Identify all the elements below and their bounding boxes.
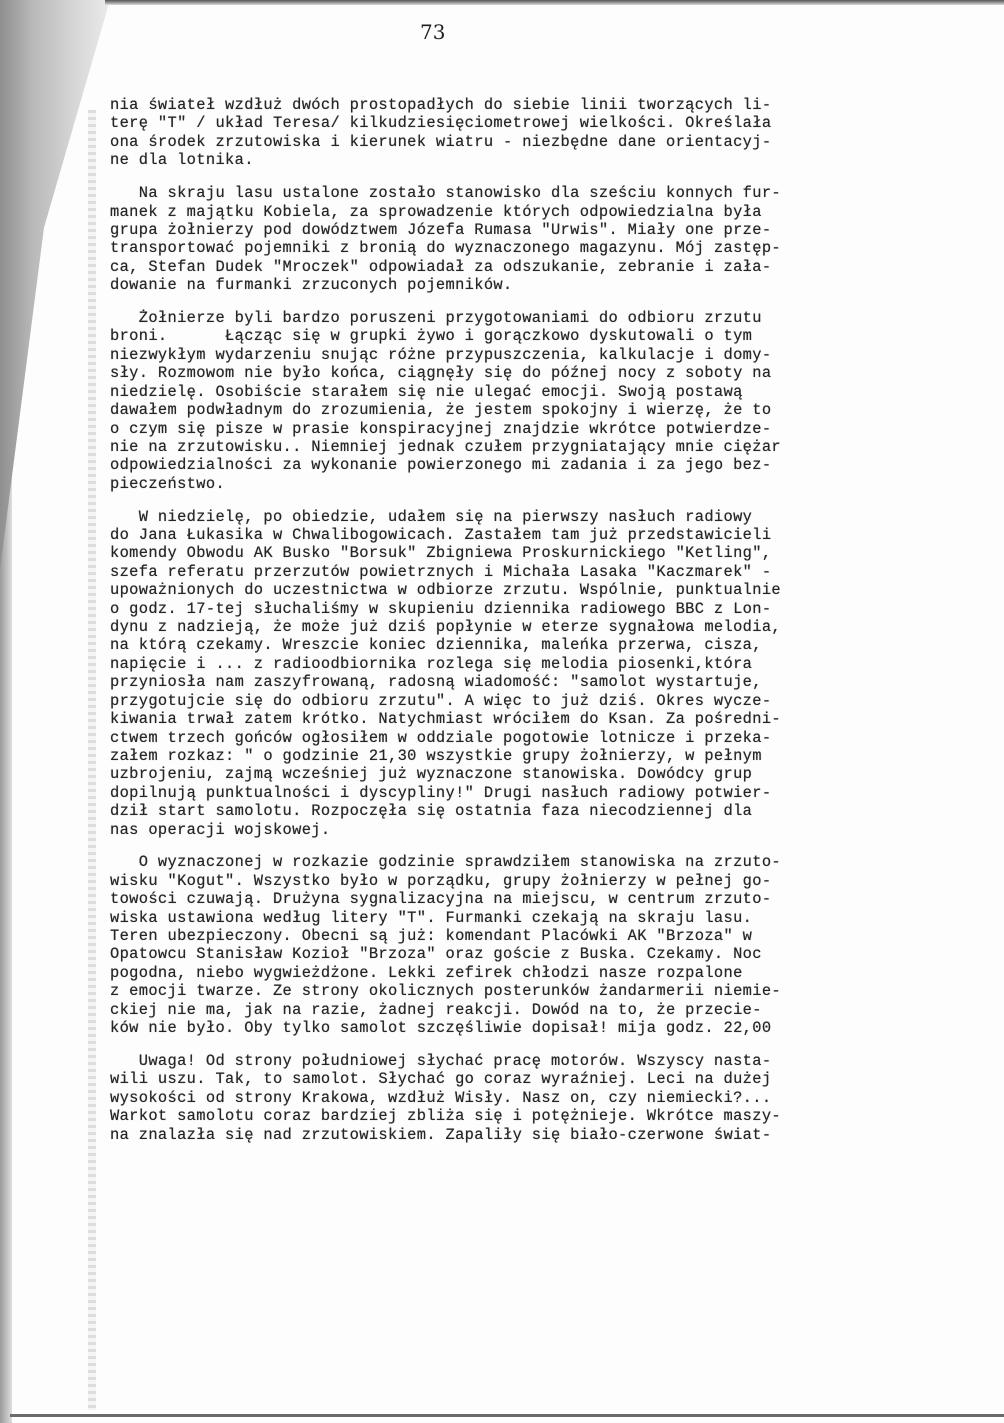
text-line: pieczeństwo. (110, 475, 1002, 493)
text-line: wisku "Kogut". Wszystko było w porządku,… (110, 872, 1002, 890)
text-line: o godz. 17-tej słuchaliśmy w skupieniu d… (110, 600, 1002, 618)
binding-shadow (88, 110, 96, 1410)
text-line: ca, Stefan Dudek "Mroczek" odpowiadał za… (110, 258, 1002, 276)
text-line: manek z majątku Kobiela, za sprowadzenie… (110, 203, 1002, 221)
text-line: grupa żołnierzy pod dowództwem Józefa Ru… (110, 221, 1002, 239)
text-line: o czym się pisze w prasie konspiracyjnej… (110, 420, 1002, 438)
text-line: ków nie było. Oby tylko samolot szczęśli… (110, 1019, 1002, 1037)
text-line: O wyznaczonej w rozkazie godzinie sprawd… (110, 853, 1002, 871)
text-line: Na skraju lasu ustalone zostało stanowis… (110, 184, 1002, 202)
text-line: do Jana Łukasika w Chwalibogowicach. Zas… (110, 526, 1002, 544)
text-line: ctwem trzech gońców ogłosiłem w oddziale… (110, 729, 1002, 747)
text-line: wiska ustawiona według litery "T". Furma… (110, 909, 1002, 927)
scan-bottom-edge (10, 1414, 1004, 1417)
text-line: dził start samolotu. Rozpoczęła się osta… (110, 802, 1002, 820)
text-line: uzbrojeniu, zajmą wcześniej już wyznaczo… (110, 765, 1002, 783)
text-line: napięcie i ... z radioodbiornika rozlega… (110, 655, 1002, 673)
paragraph: Uwaga! Od strony południowej słychać pra… (110, 1052, 1002, 1144)
text-line: przyniosła nam zaszyfrowaną, radosną wia… (110, 673, 1002, 691)
text-line: nia świateł wzdłuż dwóch prostopadłych d… (110, 96, 1002, 114)
text-line: towości czuwają. Drużyna sygnalizacyjna … (110, 890, 1002, 908)
text-line: szefa referatu przerzutów powietrznych i… (110, 563, 1002, 581)
text-line: nie na zrzutowisku.. Niemniej jednak czu… (110, 438, 1002, 456)
text-line: ona środek zrzutowiska i kierunek wiatru… (110, 133, 1002, 151)
text-line: terę "T" / układ Teresa/ kilkudziesięcio… (110, 114, 1002, 132)
text-line: Uwaga! Od strony południowej słychać pra… (110, 1052, 1002, 1070)
text-line: ckiej nie ma, jak na razie, żadnej reakc… (110, 1001, 1002, 1019)
text-line: dawałem podwładnym do zrozumienia, że je… (110, 401, 1002, 419)
text-line: komendy Obwodu AK Busko "Borsuk" Zbignie… (110, 544, 1002, 562)
text-line: nas operacji wojskowej. (110, 821, 1002, 839)
page-number: 73 (420, 20, 445, 44)
text-line: załem rozkaz: " o godzinie 21,30 wszystk… (110, 747, 1002, 765)
text-line: sły. Rozmowom nie było końca, ciągnęły s… (110, 364, 1002, 382)
text-line: Żołnierze byli bardzo poruszeni przygoto… (110, 309, 1002, 327)
text-line: kiwania trwał zatem krótko. Natychmiast … (110, 710, 1002, 728)
text-line: wili uszu. Tak, to samolot. Słychać go c… (110, 1070, 1002, 1088)
paragraph: nia świateł wzdłuż dwóch prostopadłych d… (110, 96, 1002, 170)
text-line: broni. Łącząc się w grupki żywo i gorącz… (110, 327, 1002, 345)
typewritten-body: nia świateł wzdłuż dwóch prostopadłych d… (110, 96, 1002, 1159)
text-line: na którą czekamy. Wreszcie koniec dzienn… (110, 636, 1002, 654)
text-line: Opatowcu Stanisław Kozioł "Brzoza" oraz … (110, 945, 1002, 963)
text-line: dopilnują punktualności i dyscypliny!" D… (110, 784, 1002, 802)
text-line: ne dla lotnika. (110, 151, 1002, 169)
paragraph: Na skraju lasu ustalone zostało stanowis… (110, 184, 1002, 294)
text-line: transportować pojemniki z bronią do wyzn… (110, 239, 1002, 257)
text-line: z emocji twarze. Ze strony okolicznych p… (110, 982, 1002, 1000)
text-line: Warkot samolotu coraz bardziej zbliża si… (110, 1107, 1002, 1125)
text-line: upoważnionych do uczestnictwa w odbiorze… (110, 581, 1002, 599)
paragraph: O wyznaczonej w rozkazie godzinie sprawd… (110, 853, 1002, 1037)
text-line: Teren ubezpieczony. Obecni są już: komen… (110, 927, 1002, 945)
text-line: dowanie na furmanki zrzuconych pojemnikó… (110, 276, 1002, 294)
text-line: na znalazła się nad zrzutowiskiem. Zapal… (110, 1126, 1002, 1144)
text-line: niedzielę. Osobiście starałem się nie ul… (110, 383, 1002, 401)
text-line: wysokości od strony Krakowa, wzdłuż Wisł… (110, 1089, 1002, 1107)
paragraph: W niedzielę, po obiedzie, udałem się na … (110, 508, 1002, 839)
text-line: odpowiedzialności za wykonanie powierzon… (110, 456, 1002, 474)
text-line: W niedzielę, po obiedzie, udałem się na … (110, 508, 1002, 526)
text-line: pogodna, niebo wygwieżdżone. Lekki zefir… (110, 964, 1002, 982)
text-line: niezwykłym wydarzeniu snując różne przyp… (110, 346, 1002, 364)
text-line: przygotujcie się do odbioru zrzutu". A w… (110, 692, 1002, 710)
text-line: dynu z nadzieją, że może już dziś popłyn… (110, 618, 1002, 636)
scan-top-edge (105, 0, 1004, 5)
paragraph: Żołnierze byli bardzo poruszeni przygoto… (110, 309, 1002, 493)
